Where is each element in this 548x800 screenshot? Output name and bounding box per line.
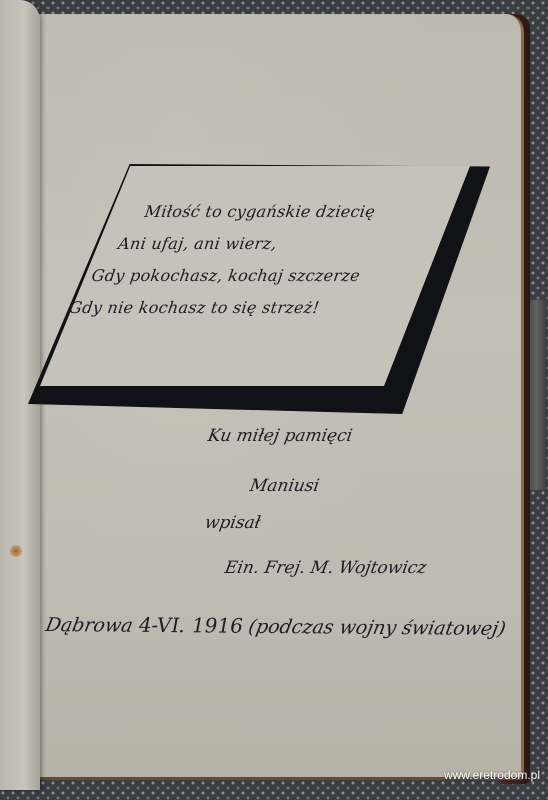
- watermark-link: www.eretrodom.pl: [444, 768, 540, 782]
- poem-line: Ani ufaj, ani wierz,: [72, 228, 436, 260]
- date-note: (podczas wojny światowej): [247, 616, 508, 640]
- dedication-wrote: wpisał: [203, 513, 262, 533]
- place-name: Dąbrowa: [44, 614, 135, 637]
- photo-scene: Miłość to cygańskie dziecię Ani ufaj, an…: [0, 0, 548, 800]
- signature: Ein. Frej. M. Wojtowicz: [223, 558, 428, 578]
- date-value: 4-VI. 1916: [137, 613, 245, 638]
- date-line: Dąbrowa 4-VI. 1916 (podczas wojny świato…: [44, 612, 508, 640]
- poem-block: Miłość to cygańskie dziecię Ani ufaj, an…: [63, 196, 441, 324]
- rust-stain: [10, 545, 22, 557]
- metal-clasp: [530, 300, 546, 490]
- poem-line: Gdy pokochasz, kochaj szczerze: [68, 260, 432, 292]
- poem-line: Gdy nie kochasz to się strzeż!: [63, 292, 427, 324]
- dedication-line-1: Ku miłej pamięci: [206, 426, 354, 446]
- dedication-name: Maniusi: [248, 476, 321, 496]
- poem-line: Miłość to cygańskie dziecię: [76, 196, 440, 228]
